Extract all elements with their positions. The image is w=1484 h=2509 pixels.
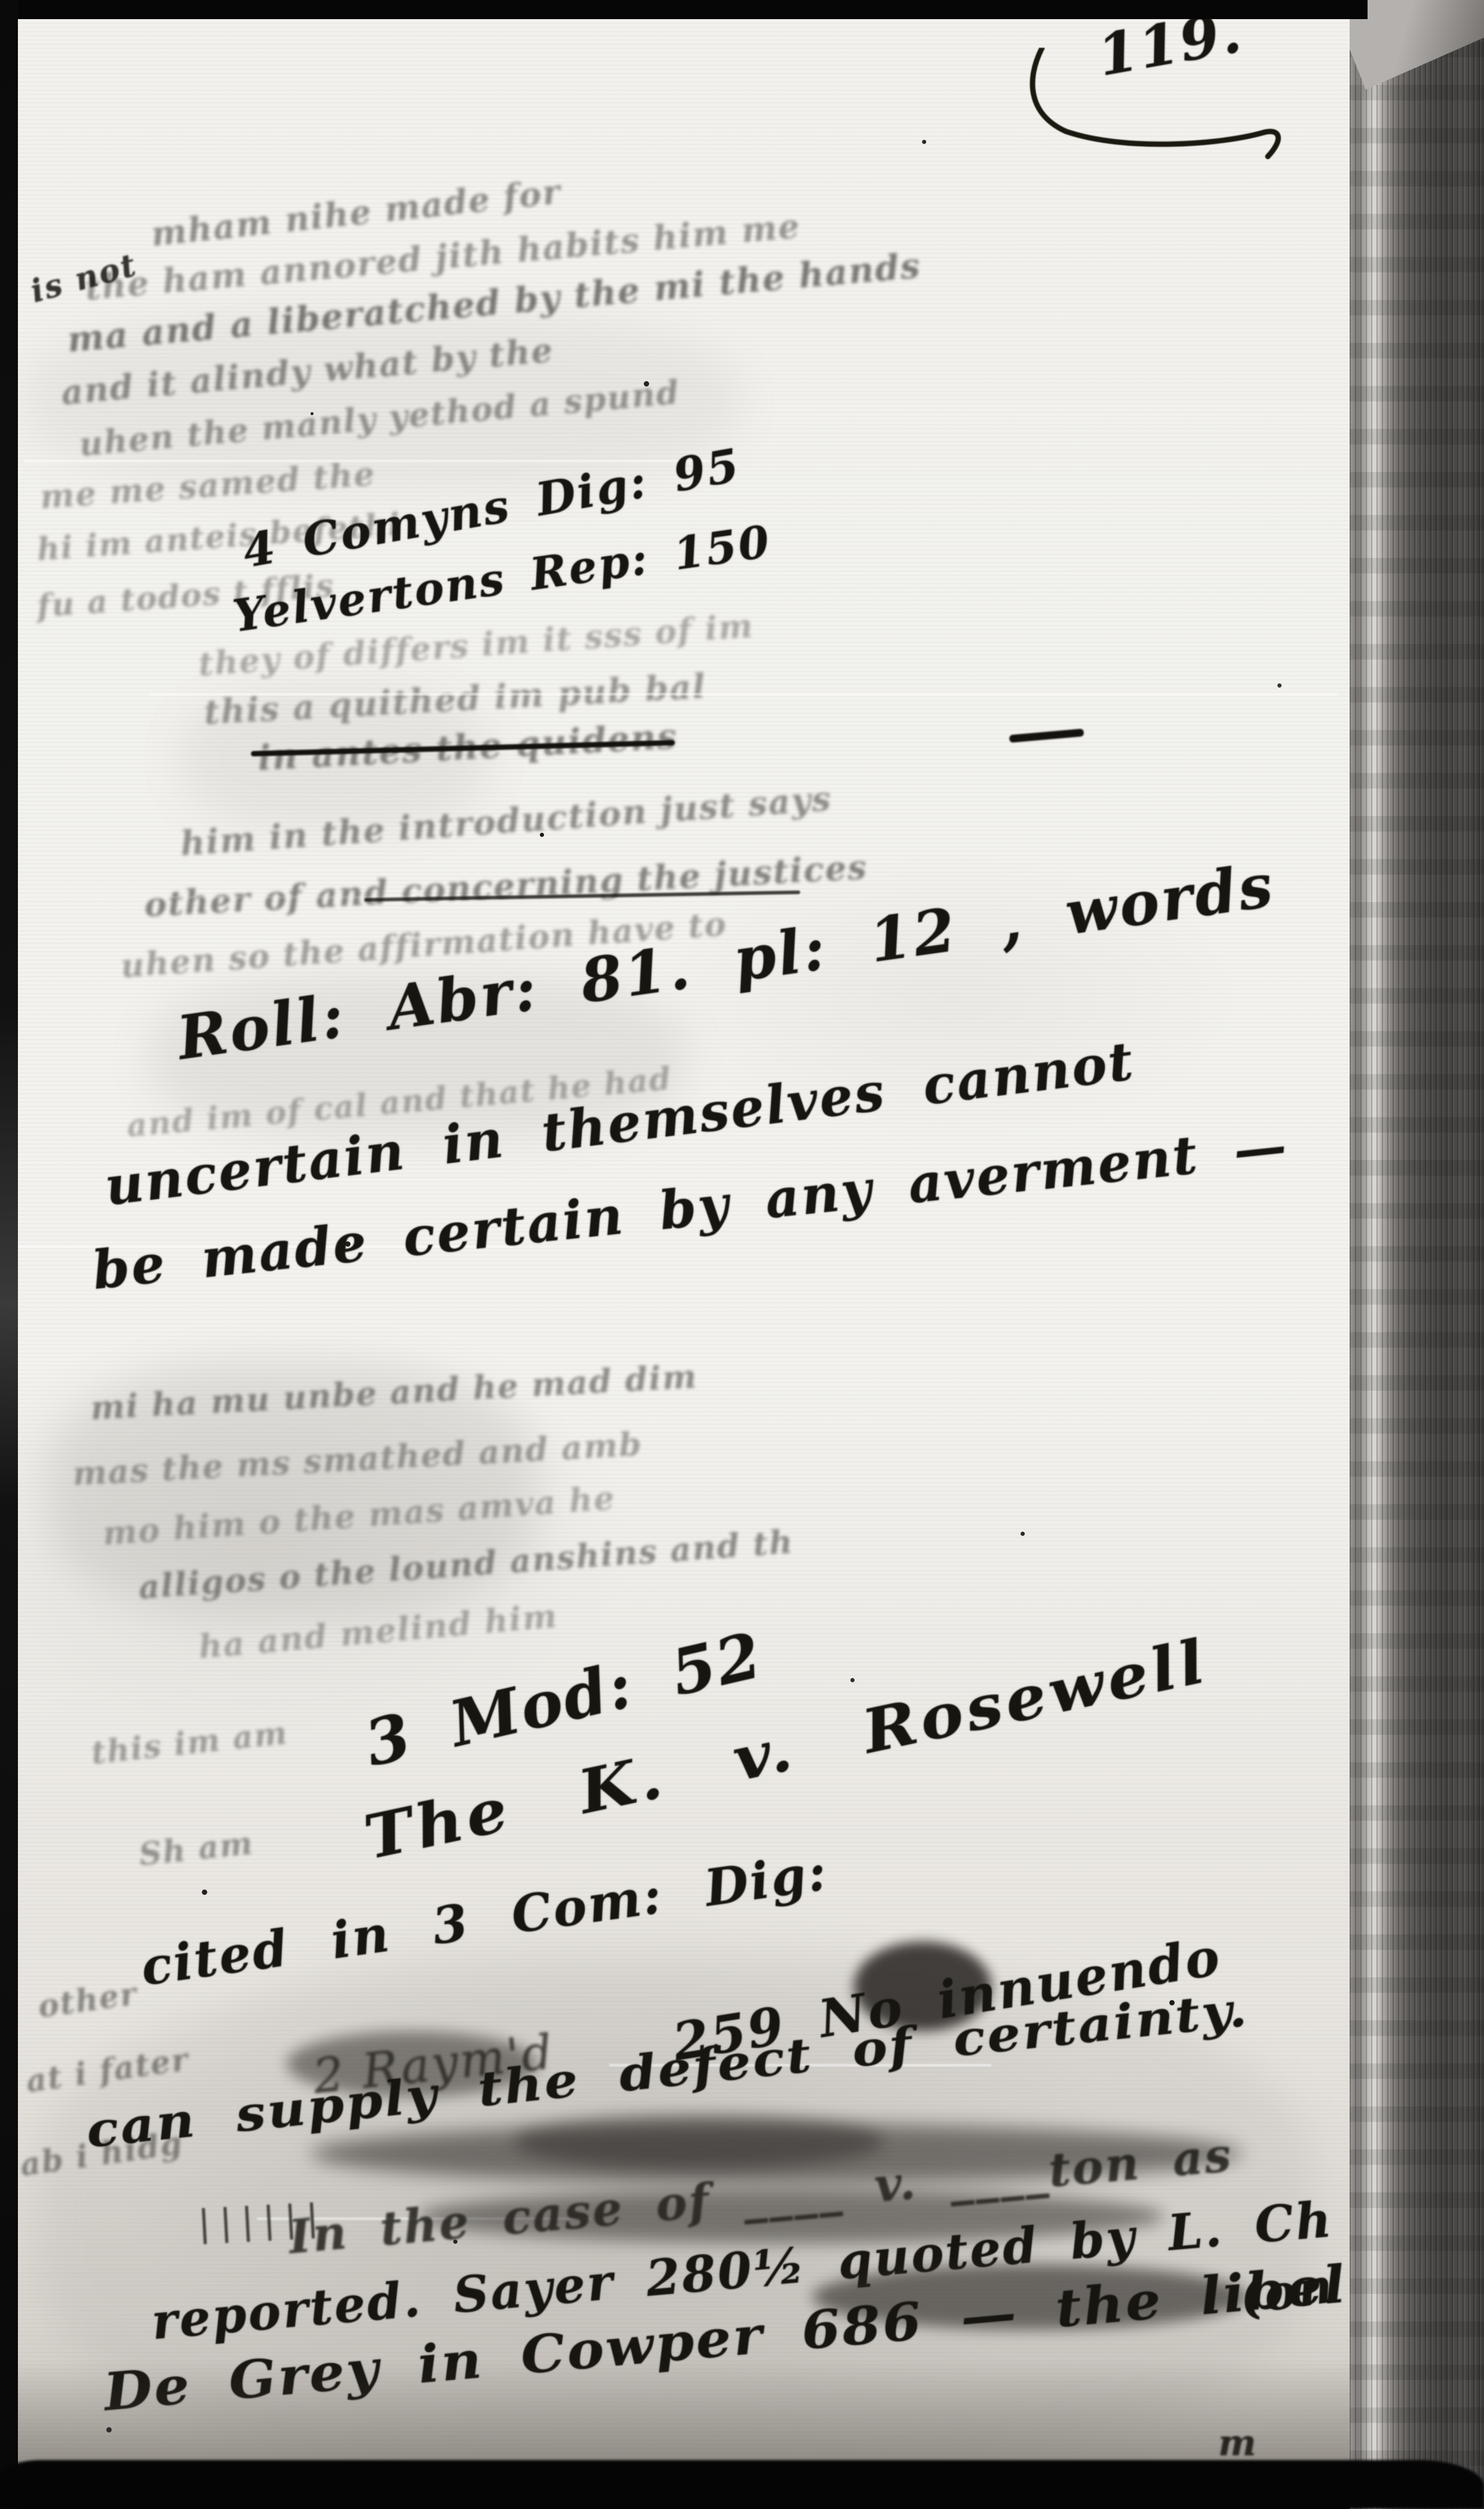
manuscript-page-scan: mham nihe made for the ham annored jith … bbox=[0, 0, 1484, 2509]
scan-streak bbox=[0, 896, 418, 898]
bottom-border bbox=[0, 2460, 1484, 2509]
dust-speckles bbox=[311, 412, 314, 415]
scan-streak bbox=[1075, 572, 1338, 575]
top-border bbox=[0, 0, 1368, 19]
book-spine-edge bbox=[1350, 0, 1484, 2509]
left-border bbox=[0, 0, 18, 2509]
page-bottom-shadow bbox=[18, 2360, 1350, 2466]
scan-streak bbox=[149, 693, 1338, 695]
page-number-flourish bbox=[1024, 48, 1293, 173]
